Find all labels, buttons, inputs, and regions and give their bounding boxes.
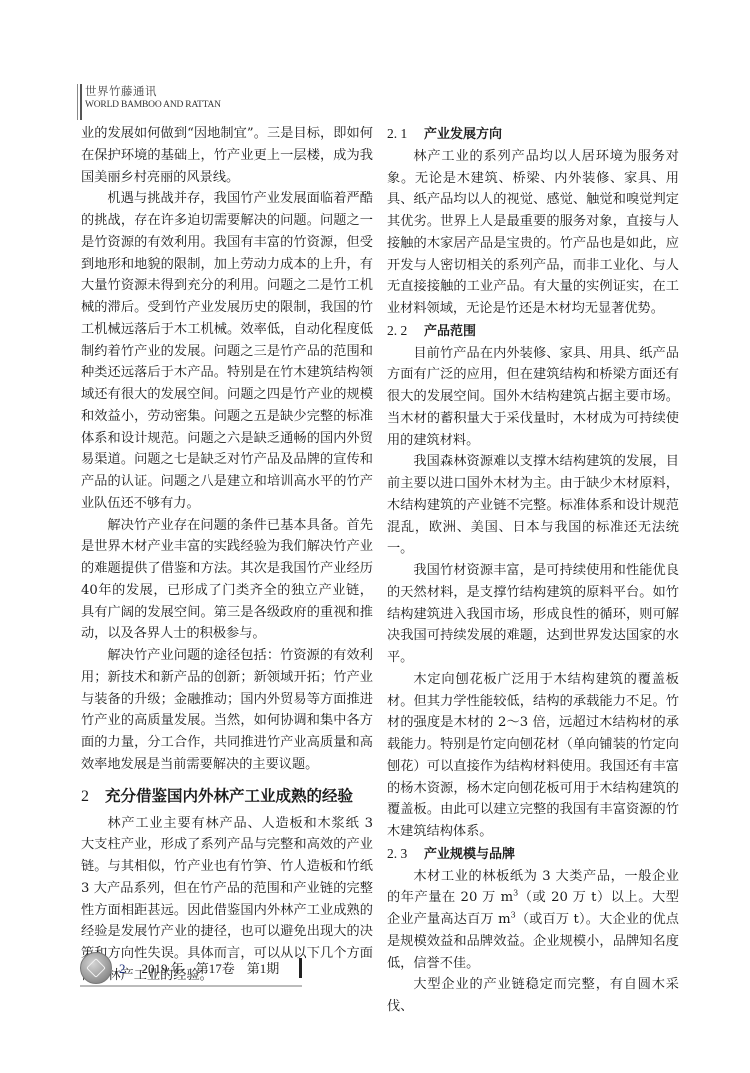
paragraph: 解决竹产业存在问题的条件已基本具备。首先是世界木材产业丰富的实践经验为我们解决竹…: [81, 515, 373, 646]
journal-logo-icon: [80, 952, 112, 984]
issue-info: 22019 年第17卷第1期: [119, 958, 291, 977]
volume: 第17卷: [196, 961, 235, 976]
paragraph: 我国森林资源难以支撑木结构建筑的发展，目前主要以进口国外木材为主。由于缺少木材原…: [387, 451, 679, 560]
subsection-heading: 2. 2产品范围: [387, 320, 679, 343]
subsection-number: 2. 3: [387, 843, 424, 865]
subsection-title: 产品范围: [424, 324, 476, 339]
paragraph: 木材工业的林板纸为 3 大类产品，一般企业的年产量在 20 万 m3（或 20 …: [387, 866, 679, 975]
paragraph: 大型企业的产业链稳定而完整，有自圆木采伐、: [387, 974, 679, 1018]
section-title: 充分借鉴国内外林产工业成熟的经验: [105, 787, 353, 805]
paragraph: 业的发展如何做到“因地制宜”。三是目标，即如何在保护环境的基础上，竹产业更上一层…: [81, 123, 373, 188]
issue: 第1期: [247, 961, 280, 976]
paragraph: 解决竹产业问题的途径包括：竹资源的有效利用；新技术和新产品的创新；新领域开拓；竹…: [81, 645, 373, 776]
section-heading: 2充分借鉴国内外林产工业成熟的经验: [81, 785, 373, 808]
section-number: 2: [81, 786, 105, 808]
subsection-heading: 2. 1产业发展方向: [387, 123, 679, 146]
journal-title-cn: 世界竹藤通讯: [85, 84, 221, 99]
journal-header: 世界竹藤通讯 WORLD BAMBOO AND RATTAN: [80, 84, 221, 120]
left-column: 业的发展如何做到“因地制宜”。三是目标，即如何在保护环境的基础上，竹产业更上一层…: [81, 123, 373, 987]
journal-title-en: WORLD BAMBOO AND RATTAN: [85, 99, 221, 111]
page-footer: 22019 年第17卷第1期: [80, 950, 295, 980]
subsection-heading: 2. 3产业规模与品牌: [387, 843, 679, 866]
year: 2019 年: [142, 961, 184, 976]
paragraph: 林产工业的系列产品均以人居环境为服务对象。无论是木建筑、桥梁、内外装修、家具、用…: [387, 146, 679, 320]
paragraph: 我国竹材资源丰富，是可持续使用和性能优良的天然材料，是支撑竹结构建筑的原料平台。…: [387, 560, 679, 669]
subsection-title: 产业发展方向: [424, 127, 502, 142]
footer-rule: [80, 985, 302, 987]
page-number: 2: [119, 961, 126, 976]
footer-bar-divider: [299, 958, 302, 978]
subsection-number: 2. 2: [387, 320, 424, 342]
paragraph: 木定向刨花板广泛用于木结构建筑的覆盖板材。但其力学性能较低，结构的承载能力不足。…: [387, 669, 679, 843]
subsection-number: 2. 1: [387, 123, 424, 145]
right-column: 2. 1产业发展方向 林产工业的系列产品均以人居环境为服务对象。无论是木建筑、桥…: [387, 123, 679, 1018]
paragraph: 机遇与挑战并存，我国竹产业发展面临着严酷的挑战，存在许多迫切需要解决的问题。问题…: [81, 188, 373, 514]
subsection-title: 产业规模与品牌: [424, 847, 515, 862]
paragraph: 目前竹产品在内外装修、家具、用具、纸产品方面有广泛的应用，但在建筑结构和桥梁方面…: [387, 343, 679, 452]
